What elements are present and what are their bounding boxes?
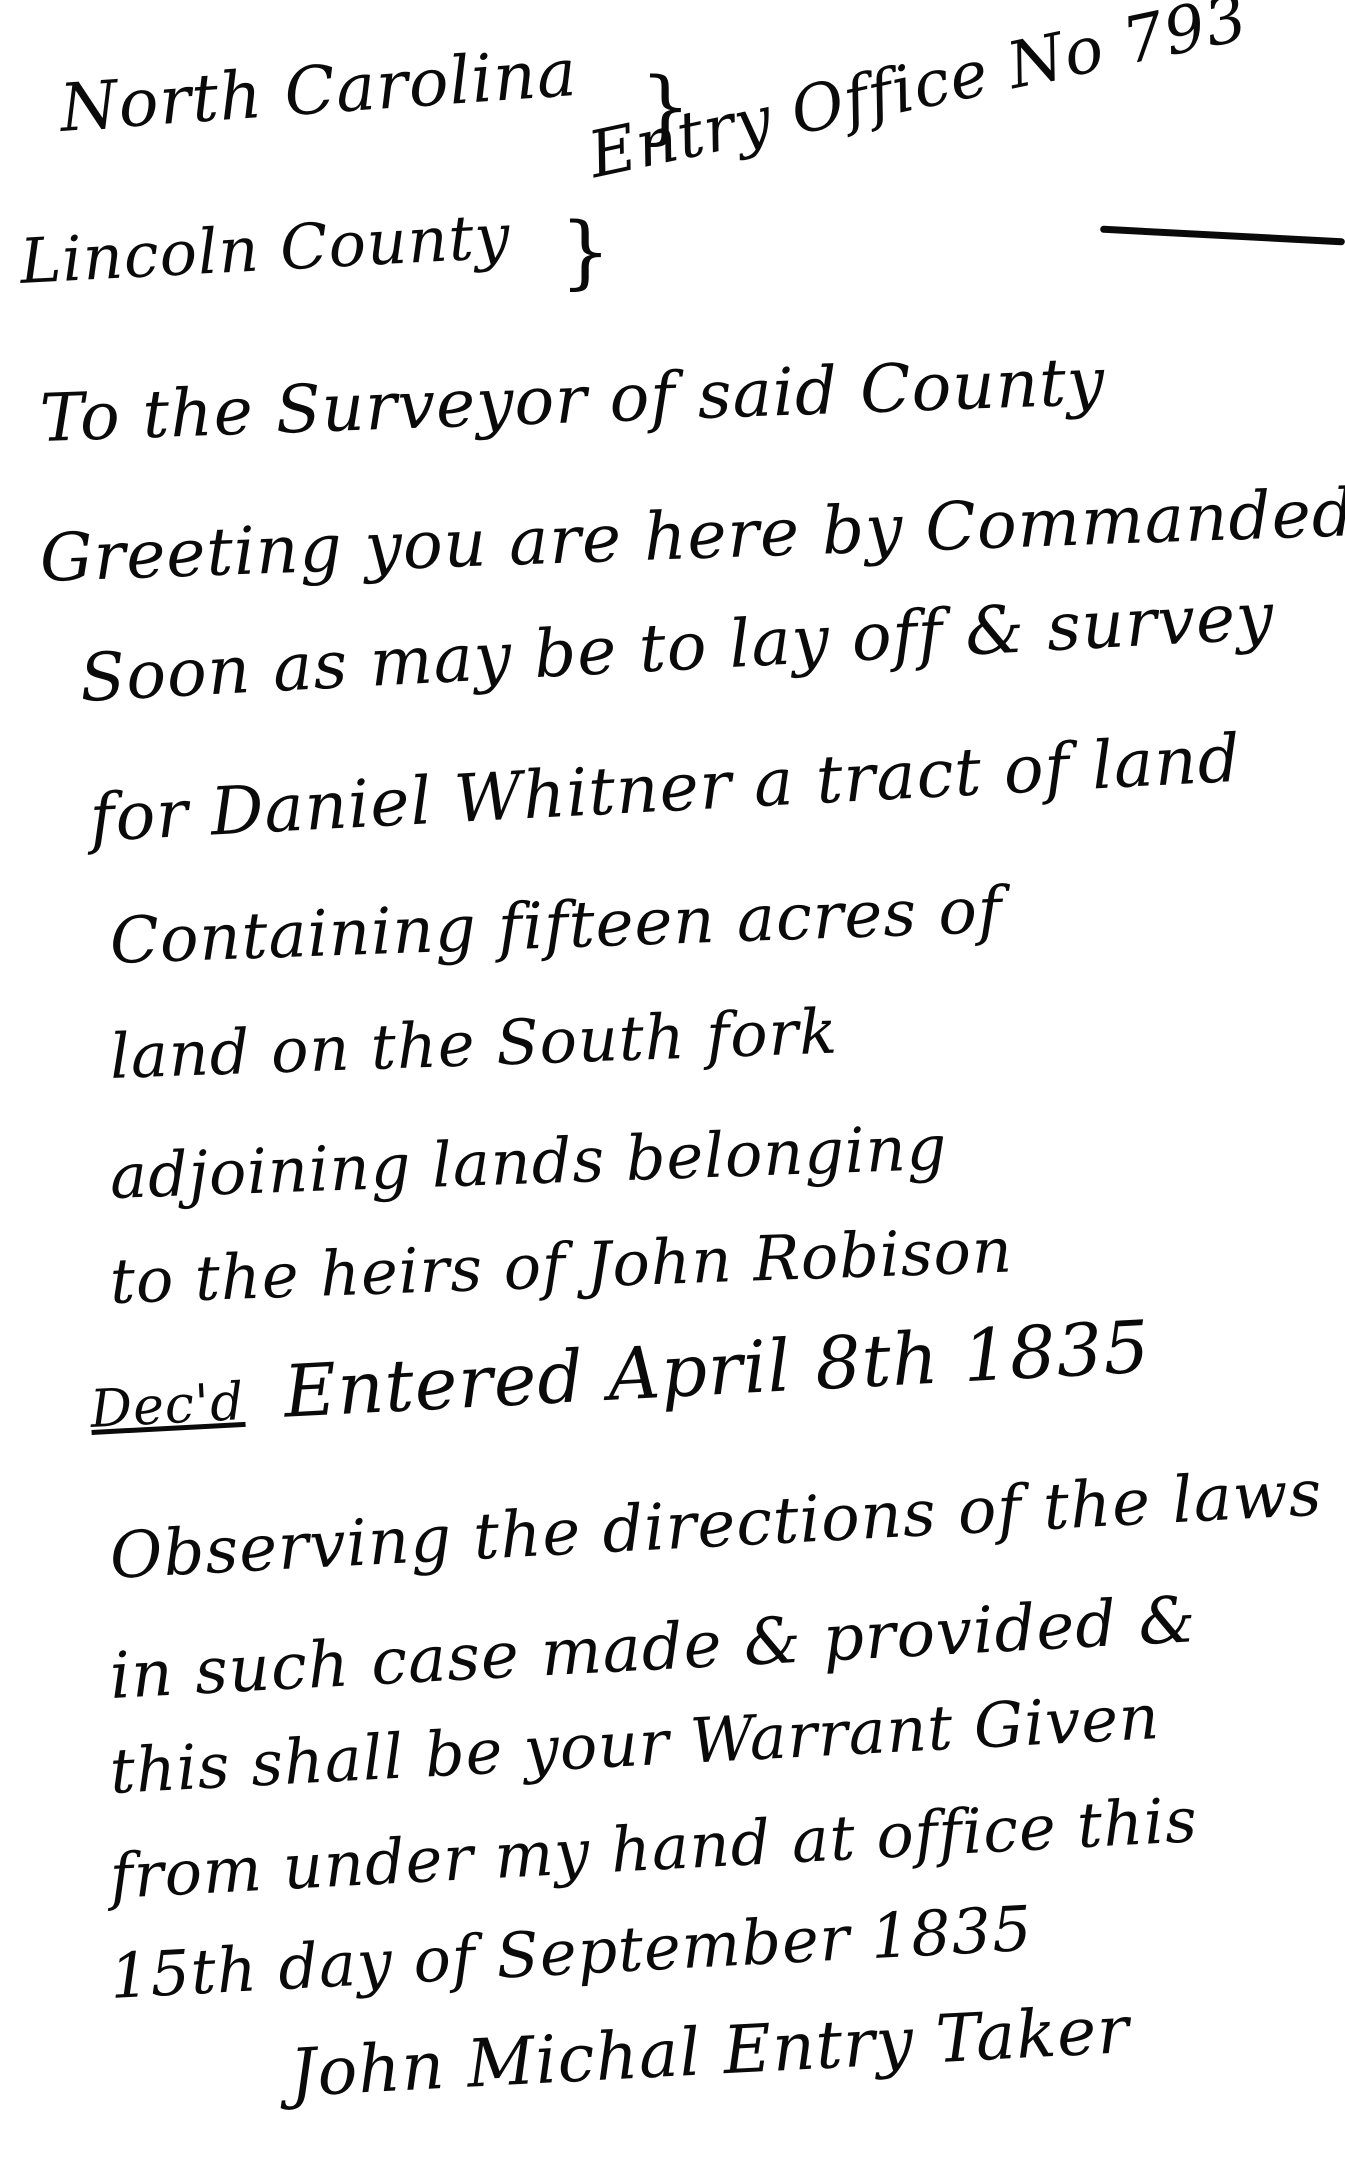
issued-date-line: 15th day of September 1835	[108, 1892, 1034, 2013]
entered-date-text: Entered April 8th 1835	[282, 1305, 1152, 1434]
brace-mark: }	[560, 205, 611, 298]
body-line-3: Soon as may be to lay off & survey	[78, 577, 1276, 716]
header-state: North Carolina	[57, 34, 579, 147]
body-line-13: from under my hand at office this	[108, 1783, 1199, 1913]
body-line-6: land on the South fork	[109, 995, 839, 1093]
marginal-note-deceased: Dec'd	[89, 1372, 246, 1440]
entered-line: Dec'dEntered April 8th 1835	[88, 1305, 1152, 1444]
body-line-1: To the Surveyor of said County	[39, 343, 1107, 457]
body-line-4: for Daniel Whitner a tract of land	[88, 720, 1243, 857]
header-underline	[1100, 226, 1345, 246]
body-line-2: Greeting you are here by Commanded	[39, 474, 1345, 597]
body-line-5: Containing fifteen acres of	[109, 874, 1004, 979]
body-line-7: adjoining lands belonging	[109, 1111, 949, 1213]
document-page: North Carolina } Lincoln County } Entry …	[0, 0, 1345, 2170]
body-line-8: to the heirs of John Robison	[109, 1214, 1014, 1318]
body-line-10: Observing the directions of the laws	[108, 1457, 1324, 1594]
header-county: Lincoln County	[18, 199, 512, 298]
signature: John Michal Entry Taker	[288, 1991, 1132, 2112]
